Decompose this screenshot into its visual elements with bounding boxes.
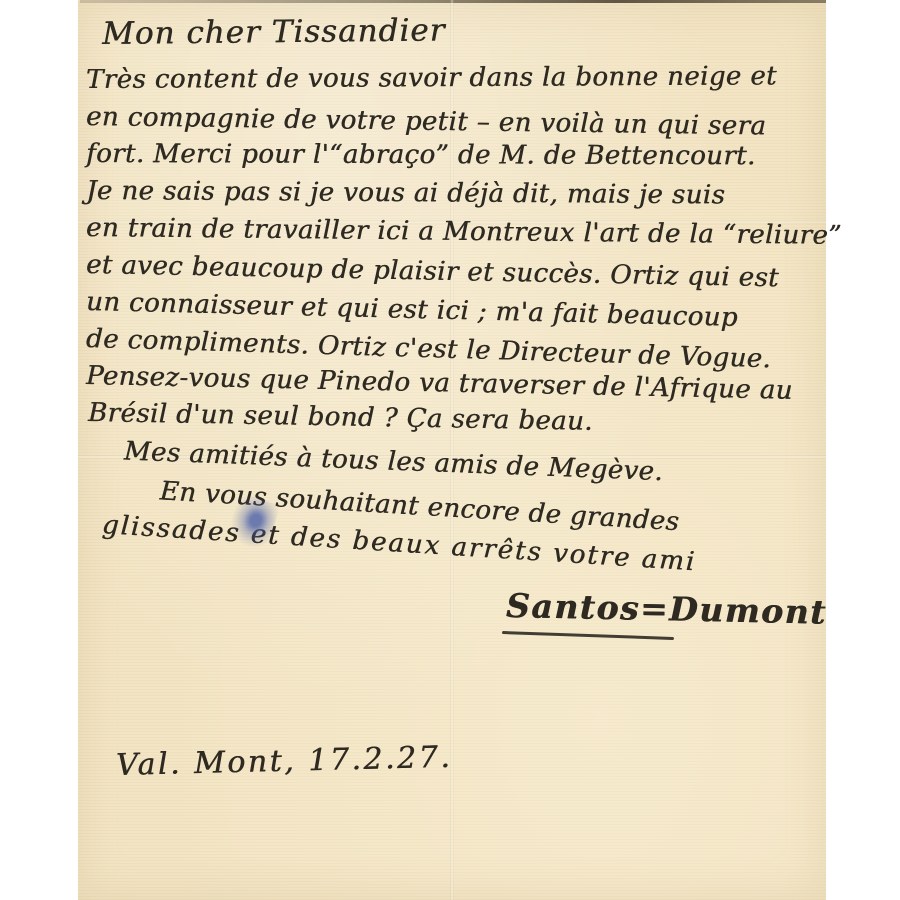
signature: Santos=Dumont — [506, 586, 828, 632]
signature-flourish — [502, 631, 674, 640]
letter-line: en train de travailler ici a Montreux l'… — [86, 210, 824, 255]
letter-line: Très content de vous savoir dans la bonn… — [86, 58, 824, 99]
letter-paper: Mon cher Tissandier Très content de vous… — [78, 0, 826, 900]
paper-top-edge-shadow — [80, 0, 826, 3]
letter-body: Très content de vous savoir dans la bonn… — [86, 62, 824, 543]
letter-line: fort. Merci pour l'“abraço” de M. de Bet… — [86, 136, 824, 176]
salutation: Mon cher Tissandier — [102, 12, 446, 52]
dateline: Val. Mont, 17.2.27. — [116, 740, 453, 783]
letter-line: Je ne sais pas si je vous ai déjà dit, m… — [86, 173, 824, 215]
